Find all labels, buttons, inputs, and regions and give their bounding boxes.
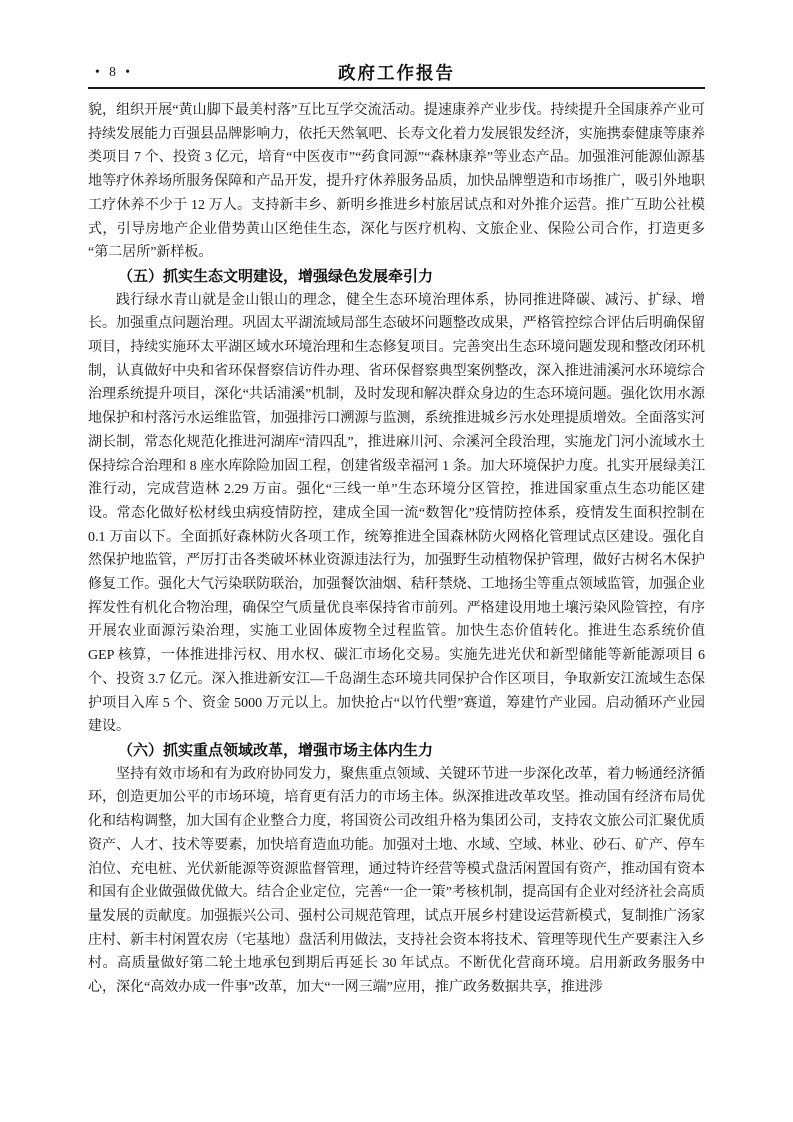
section-heading-5: （五）抓实生态文明建设，增强绿色发展牵引力 bbox=[88, 265, 705, 289]
paragraph-continuation: 貌，组织开展“黄山脚下最美村落”互比互学交流活动。提速康养产业步伐。持续提升全国… bbox=[88, 99, 705, 265]
paragraph-section-6: 坚持有效市场和有为政府协同发力，聚焦重点领域、关键环节进一步深化改革，着力畅通经… bbox=[88, 763, 705, 1000]
section-heading-6: （六）抓实重点领域改革，增强市场主体内生力 bbox=[88, 739, 705, 763]
page-body: 貌，组织开展“黄山脚下最美村落”互比互学交流活动。提速康养产业步伐。持续提升全国… bbox=[88, 99, 705, 1000]
page-header: • 8 • 政府工作报告 bbox=[88, 58, 705, 89]
paragraph-section-5: 践行绿水青山就是金山银山的理念，健全生态环境治理体系，协同推进降碳、减污、扩绿、… bbox=[88, 289, 705, 739]
header-title: 政府工作报告 bbox=[88, 60, 705, 85]
document-page: • 8 • 政府工作报告 貌，组织开展“黄山脚下最美村落”互比互学交流活动。提速… bbox=[0, 0, 793, 1122]
